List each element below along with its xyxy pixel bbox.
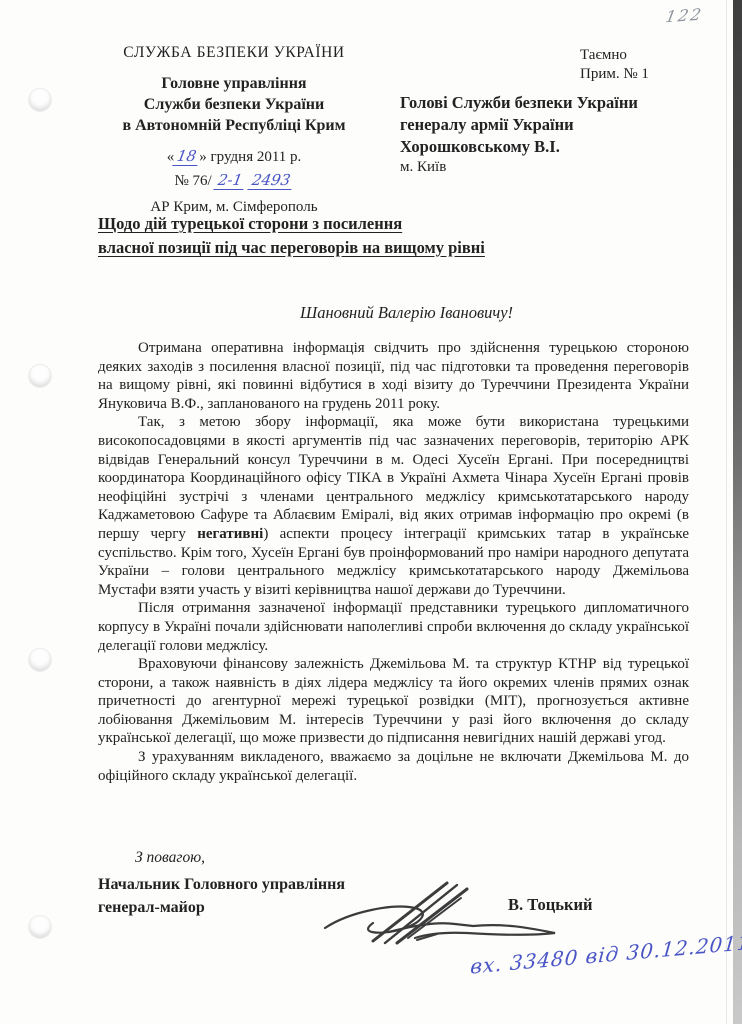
signer-title-line: генерал-майор xyxy=(98,897,345,920)
addressee-block: Голові Служби безпеки України генералу а… xyxy=(400,92,638,176)
signer-title: Начальник Головного управління генерал-м… xyxy=(98,874,345,919)
scanned-letter-page: 122 СЛУЖБА БЕЗПЕКИ УКРАЇНИ Головне управ… xyxy=(0,0,742,1024)
closing-regards: З повагою, xyxy=(135,849,205,867)
addressee-line: Хорошковському В.І. xyxy=(400,136,638,158)
handwritten-number-part2: 2493 xyxy=(248,171,296,190)
paragraph: Отримана оперативна інформація свідчить … xyxy=(98,339,689,413)
paragraph-text: Так, з метою збору інформації, яка може … xyxy=(98,414,689,542)
org-unit-line: Служби безпеки України xyxy=(68,94,400,115)
subject-line: власної позиції під час переговорів на в… xyxy=(98,238,485,257)
org-unit-line: в Автономній Республіці Крим xyxy=(68,115,400,136)
addressee-city: м. Київ xyxy=(400,159,638,176)
salutation: Шановний Валерію Івановичу! xyxy=(300,303,513,323)
paragraph: Враховуючи фінансову залежність Джемільо… xyxy=(98,655,689,748)
addressee-line: генералу армії України xyxy=(400,114,638,136)
classification-block: Таємно Прим. № 1 xyxy=(580,46,649,84)
org-name: СЛУЖБА БЕЗПЕКИ УКРАЇНИ xyxy=(68,44,400,62)
number-prefix: № 76/ xyxy=(174,173,211,189)
paragraph: Так, з метою збору інформації, яка може … xyxy=(98,413,689,599)
secrecy-label: Таємно xyxy=(580,46,649,65)
handwritten-day: 18 xyxy=(173,147,201,166)
letter-body: Отримана оперативна інформація свідчить … xyxy=(98,339,689,785)
date-text: » грудня 2011 р. xyxy=(199,149,301,165)
paragraph: З урахуванням викладеного, вважаємо за д… xyxy=(98,748,689,785)
emphasized-word: негативні xyxy=(197,526,263,542)
signature-ink xyxy=(315,876,565,954)
handwritten-page-number: 122 xyxy=(666,6,703,26)
addressee-lines: Голові Служби безпеки України генералу а… xyxy=(400,92,638,158)
org-unit-line: Головне управління xyxy=(68,73,400,94)
handwritten-number-part1: 2-1 xyxy=(214,171,248,190)
org-unit: Головне управління Служби безпеки Україн… xyxy=(68,73,400,136)
punch-hole xyxy=(28,915,52,939)
copy-number-label: Прим. № 1 xyxy=(580,65,649,84)
document-number-line: № 76/ 2-1 2493 xyxy=(68,171,400,190)
signer-title-line: Начальник Головного управління xyxy=(98,874,345,897)
subject-heading: Щодо дій турецької сторони з посилення в… xyxy=(98,212,578,259)
scan-edge-shadow xyxy=(733,0,742,1024)
letterhead: СЛУЖБА БЕЗПЕКИ УКРАЇНИ Головне управлінн… xyxy=(68,44,400,216)
addressee-line: Голові Служби безпеки України xyxy=(400,92,638,114)
date-line: «18» грудня 2011 р. xyxy=(68,147,400,166)
punch-hole xyxy=(28,88,52,112)
punch-hole xyxy=(28,364,52,388)
paragraph: Після отримання зазначеної інформації пр… xyxy=(98,599,689,655)
subject-line: Щодо дій турецької сторони з посилення xyxy=(98,214,402,233)
signer-name: В. Тоцький xyxy=(508,895,593,915)
scan-fold-line xyxy=(726,0,727,1024)
signature-scribble xyxy=(315,876,565,959)
page-number-text: 122 xyxy=(664,5,704,27)
punch-hole xyxy=(28,648,52,672)
